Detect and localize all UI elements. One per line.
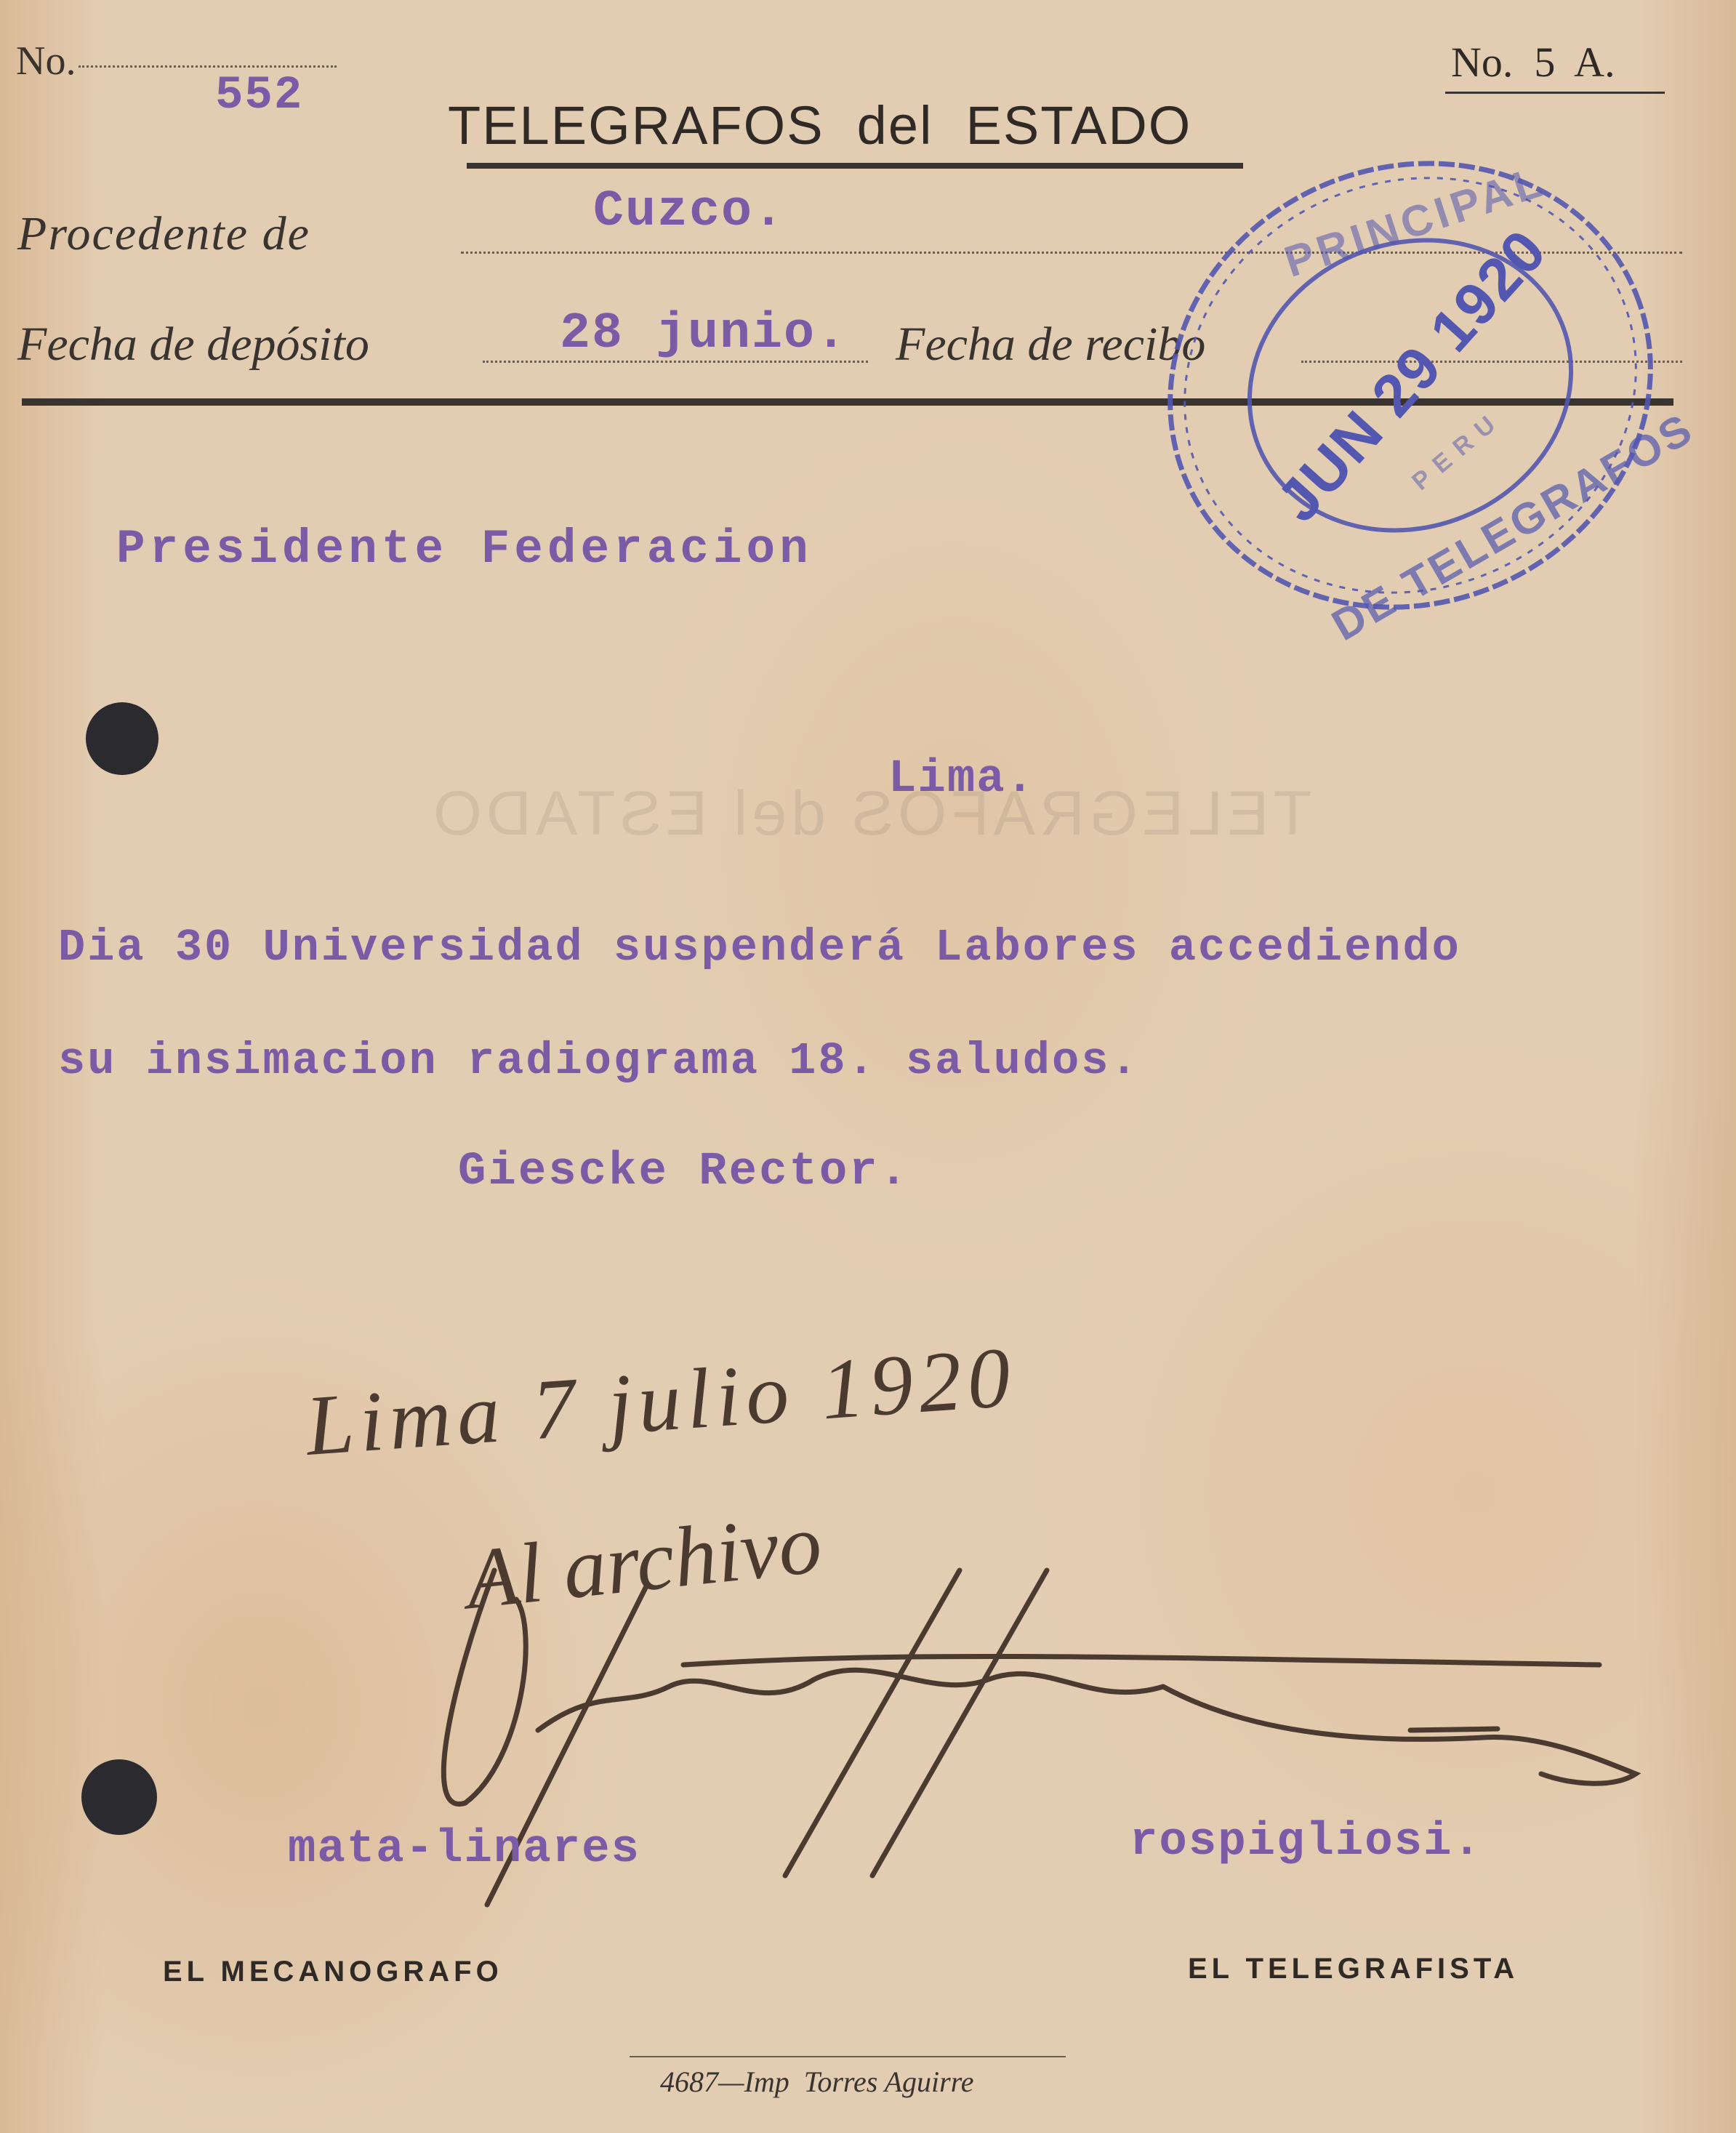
origin-label: Procedente de	[17, 206, 310, 262]
deposit-date-value: 28 junio.	[560, 305, 848, 363]
deposit-date-label: Fecha de depósito	[17, 317, 369, 372]
show-through-text: TELEGRAFOS del ESTADO	[429, 778, 1311, 850]
form-code: No. 5 A.	[1451, 38, 1615, 87]
number-label: No.	[16, 38, 76, 84]
form-code-underline	[1445, 92, 1665, 94]
message-line-2: su insimacion radiograma 18. saludos.	[58, 1035, 1140, 1087]
typist-name: mata-linares	[288, 1823, 640, 1876]
imprint-rule	[630, 2056, 1066, 2057]
origin-value: Cuzco.	[593, 183, 785, 241]
handwritten-date-note: Lima 7 julio 1920	[302, 1327, 1019, 1476]
message-line-1: Dia 30 Universidad suspenderá Labores ac…	[58, 922, 1461, 973]
recipient: Presidente Federacion	[116, 522, 813, 577]
binder-hole-top	[86, 702, 158, 775]
number-dotted-line	[79, 65, 337, 68]
recipient-city: Lima.	[888, 753, 1035, 806]
binder-hole-bottom	[81, 1759, 157, 1835]
typist-label: EL MECANOGRAFO	[163, 1956, 503, 1988]
form-title: TELEGRAFOS del ESTADO	[448, 95, 1192, 156]
message-sender: Giescke Rector.	[458, 1146, 909, 1198]
telegraphist-label: EL TELEGRAFISTA	[1188, 1953, 1519, 1985]
printer-imprint: 4687—Imp Torres Aguirre	[660, 2065, 974, 2099]
title-underline	[467, 163, 1243, 169]
telegraphist-name: rospigliosi.	[1130, 1816, 1482, 1868]
telegram-number: 552	[215, 70, 303, 122]
